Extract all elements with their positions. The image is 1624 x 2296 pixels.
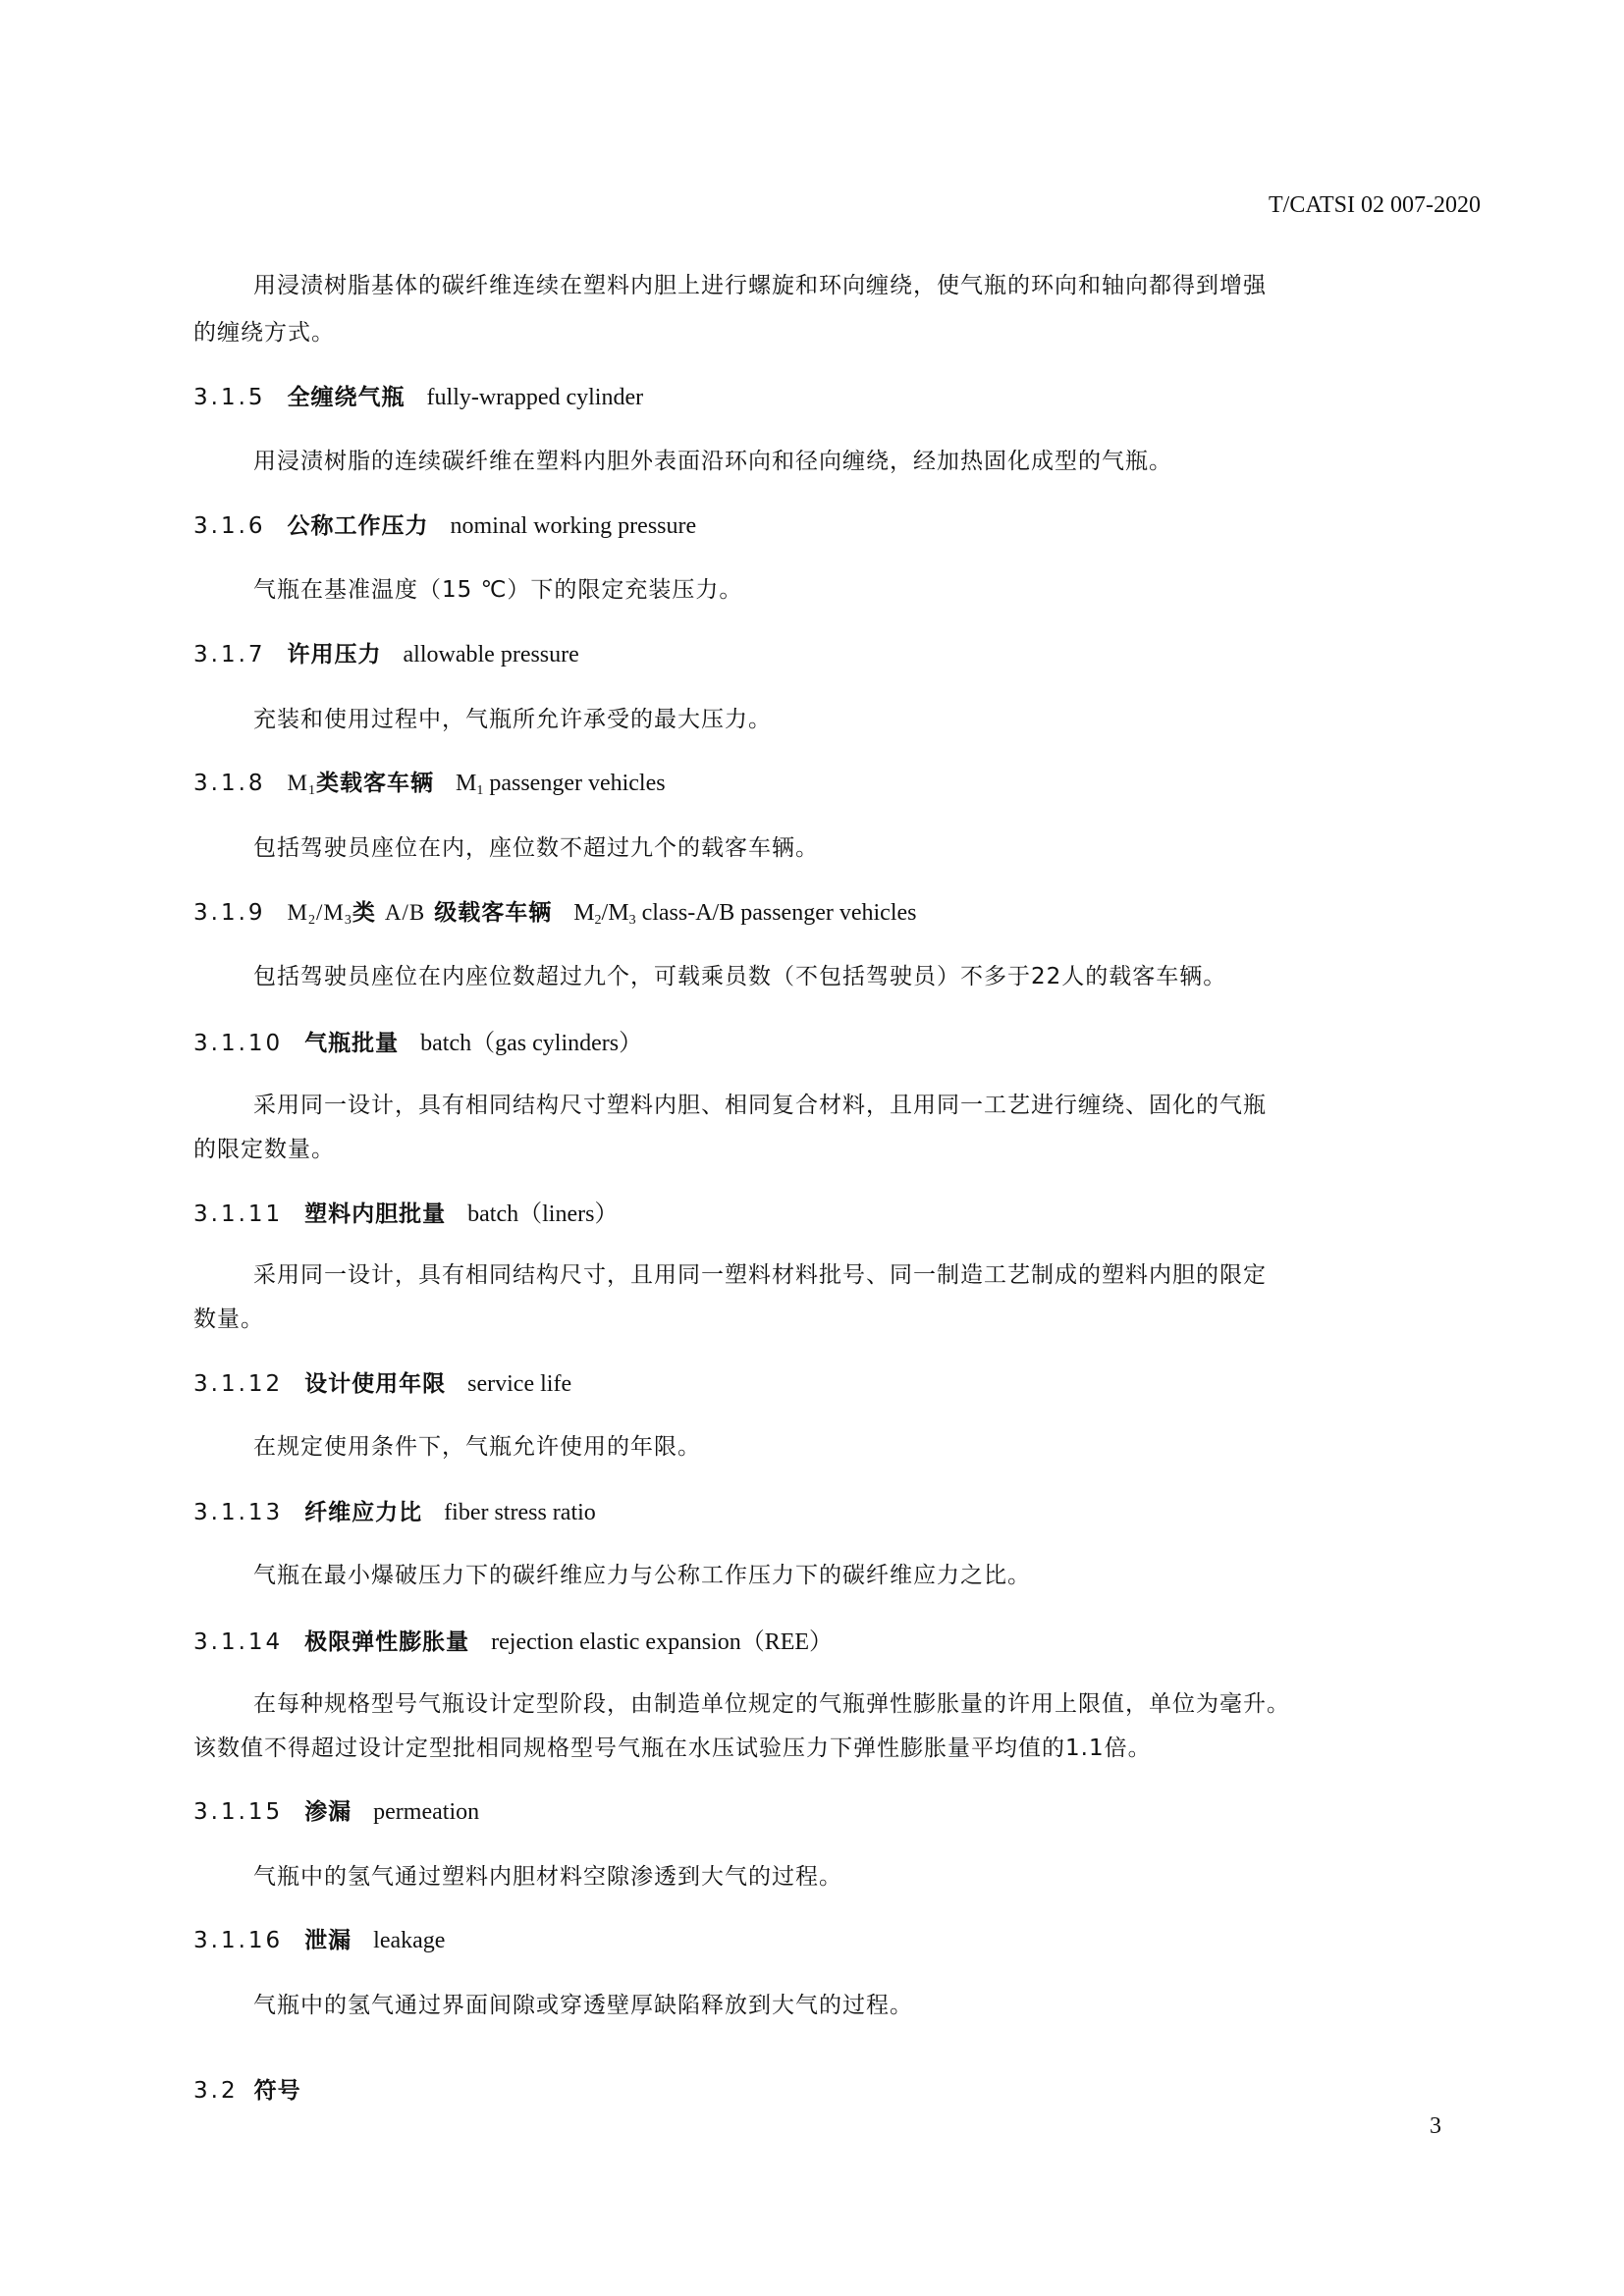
term-en: fiber stress ratio [444,1500,596,1525]
intro-line-1: 用浸渍树脂基体的碳纤维连续在塑料内胆上进行螺旋和环向缠绕，使气瓶的环向和轴向都得… [253,267,1267,299]
term-number: 3.1.11 [193,1201,283,1227]
section-title: 符号 [254,2078,301,2104]
term-definition: 气瓶在基准温度（15 ℃）下的限定充装压力。 [253,571,742,604]
intro-line-2: 的缠绕方式。 [193,314,335,347]
term-heading-3-1-12: 3.1.12设计使用年限service life [193,1365,571,1398]
term-zh: M2/M3类 A/B 级载客车辆 [288,900,553,926]
term-heading-3-1-5: 3.1.5全缠绕气瓶fully-wrapped cylinder [193,379,643,411]
term-definition-line-1: 采用同一设计，具有相同结构尺寸，且用同一塑料材料批号、同一制造工艺制成的塑料内胆… [253,1256,1267,1289]
term-definition: 包括驾驶员座位在内座位数超过九个，可载乘员数（不包括驾驶员）不多于22人的载客车… [253,958,1226,990]
term-en: nominal working pressure [451,513,697,539]
term-zh: M1类载客车辆 [288,771,434,796]
term-definition: 气瓶中的氢气通过界面间隙或穿透壁厚缺陷释放到大气的过程。 [253,1987,913,2019]
page-number: 3 [1430,2113,1441,2140]
term-number: 3.1.8 [193,771,266,796]
term-en: batch（gas cylinders） [420,1031,642,1056]
term-number: 3.1.7 [193,642,266,667]
term-definition: 气瓶在最小爆破压力下的碳纤维应力与公称工作压力下的碳纤维应力之比。 [253,1557,1031,1589]
term-number: 3.1.5 [193,385,266,410]
term-definition-line-1: 在每种规格型号气瓶设计定型阶段，由制造单位规定的气瓶弹性膨胀量的许用上限值，单位… [253,1685,1290,1718]
term-zh: 设计使用年限 [304,1371,446,1397]
term-heading-3-1-8: 3.1.8M1类载客车辆M1 passenger vehicles [193,765,666,799]
term-number: 3.1.15 [193,1799,283,1825]
section-heading-3-2: 3.2符号 [193,2072,301,2105]
term-en: allowable pressure [404,642,579,667]
term-en: M1 passenger vehicles [456,771,666,796]
term-heading-3-1-10: 3.1.10气瓶批量batch（gas cylinders） [193,1023,642,1057]
term-heading-3-1-13: 3.1.13纤维应力比fiber stress ratio [193,1494,596,1526]
term-zh: 塑料内胆批量 [304,1201,446,1227]
term-zh: 许用压力 [288,642,382,667]
term-en: M2/M3 class-A/B passenger vehicles [573,900,916,926]
term-number: 3.1.16 [193,1928,283,1953]
term-en: permeation [373,1799,479,1825]
term-definition-line-1: 采用同一设计，具有相同结构尺寸塑料内胆、相同复合材料，且用同一工艺进行缠绕、固化… [253,1087,1267,1119]
term-en: batch（liners） [467,1201,618,1227]
term-zh: 渗漏 [304,1799,352,1825]
term-definition: 气瓶中的氢气通过塑料内胆材料空隙渗透到大气的过程。 [253,1858,842,1891]
term-heading-3-1-16: 3.1.16泄漏leakage [193,1922,445,1954]
term-heading-3-1-11: 3.1.11塑料内胆批量batch（liners） [193,1194,618,1228]
term-number: 3.1.14 [193,1629,283,1655]
term-definition: 包括驾驶员座位在内，座位数不超过九个的载客车辆。 [253,829,819,862]
term-heading-3-1-15: 3.1.15渗漏permeation [193,1793,479,1826]
term-definition: 用浸渍树脂的连续碳纤维在塑料内胆外表面沿环向和径向缠绕，经加热固化成型的气瓶。 [253,443,1172,475]
term-number: 3.1.6 [193,513,266,539]
term-zh: 气瓶批量 [304,1031,399,1056]
term-zh: 公称工作压力 [288,513,429,539]
term-definition: 充装和使用过程中，气瓶所允许承受的最大压力。 [253,701,772,733]
term-zh: 泄漏 [304,1928,352,1953]
term-zh: 极限弹性膨胀量 [304,1629,469,1655]
term-definition: 在规定使用条件下，气瓶允许使用的年限。 [253,1428,701,1461]
term-number: 3.1.9 [193,900,266,926]
term-number: 3.1.13 [193,1500,283,1525]
term-heading-3-1-14: 3.1.14极限弹性膨胀量rejection elastic expansion… [193,1622,833,1656]
term-zh: 纤维应力比 [304,1500,422,1525]
term-en: leakage [373,1928,445,1953]
term-en: rejection elastic expansion（REE） [491,1629,833,1655]
term-heading-3-1-6: 3.1.6公称工作压力nominal working pressure [193,507,696,540]
term-definition-line-2: 该数值不得超过设计定型批相同规格型号气瓶在水压试验压力下弹性膨胀量平均值的1.1… [193,1730,1152,1762]
term-en: service life [467,1371,571,1397]
term-number: 3.1.12 [193,1371,283,1397]
document-page: T/CATSI 02 007-2020 用浸渍树脂基体的碳纤维连续在塑料内胆上进… [0,0,1624,2296]
term-definition-line-2: 数量。 [193,1301,264,1333]
term-number: 3.1.10 [193,1031,283,1056]
term-heading-3-1-9: 3.1.9M2/M3类 A/B 级载客车辆M2/M3 class-A/B pas… [193,894,916,929]
term-definition-line-2: 的限定数量。 [193,1131,335,1163]
term-heading-3-1-7: 3.1.7许用压力allowable pressure [193,636,579,668]
section-number: 3.2 [193,2078,239,2104]
term-en: fully-wrapped cylinder [427,385,644,410]
standard-code-header: T/CATSI 02 007-2020 [1269,192,1481,219]
term-zh: 全缠绕气瓶 [288,385,406,410]
